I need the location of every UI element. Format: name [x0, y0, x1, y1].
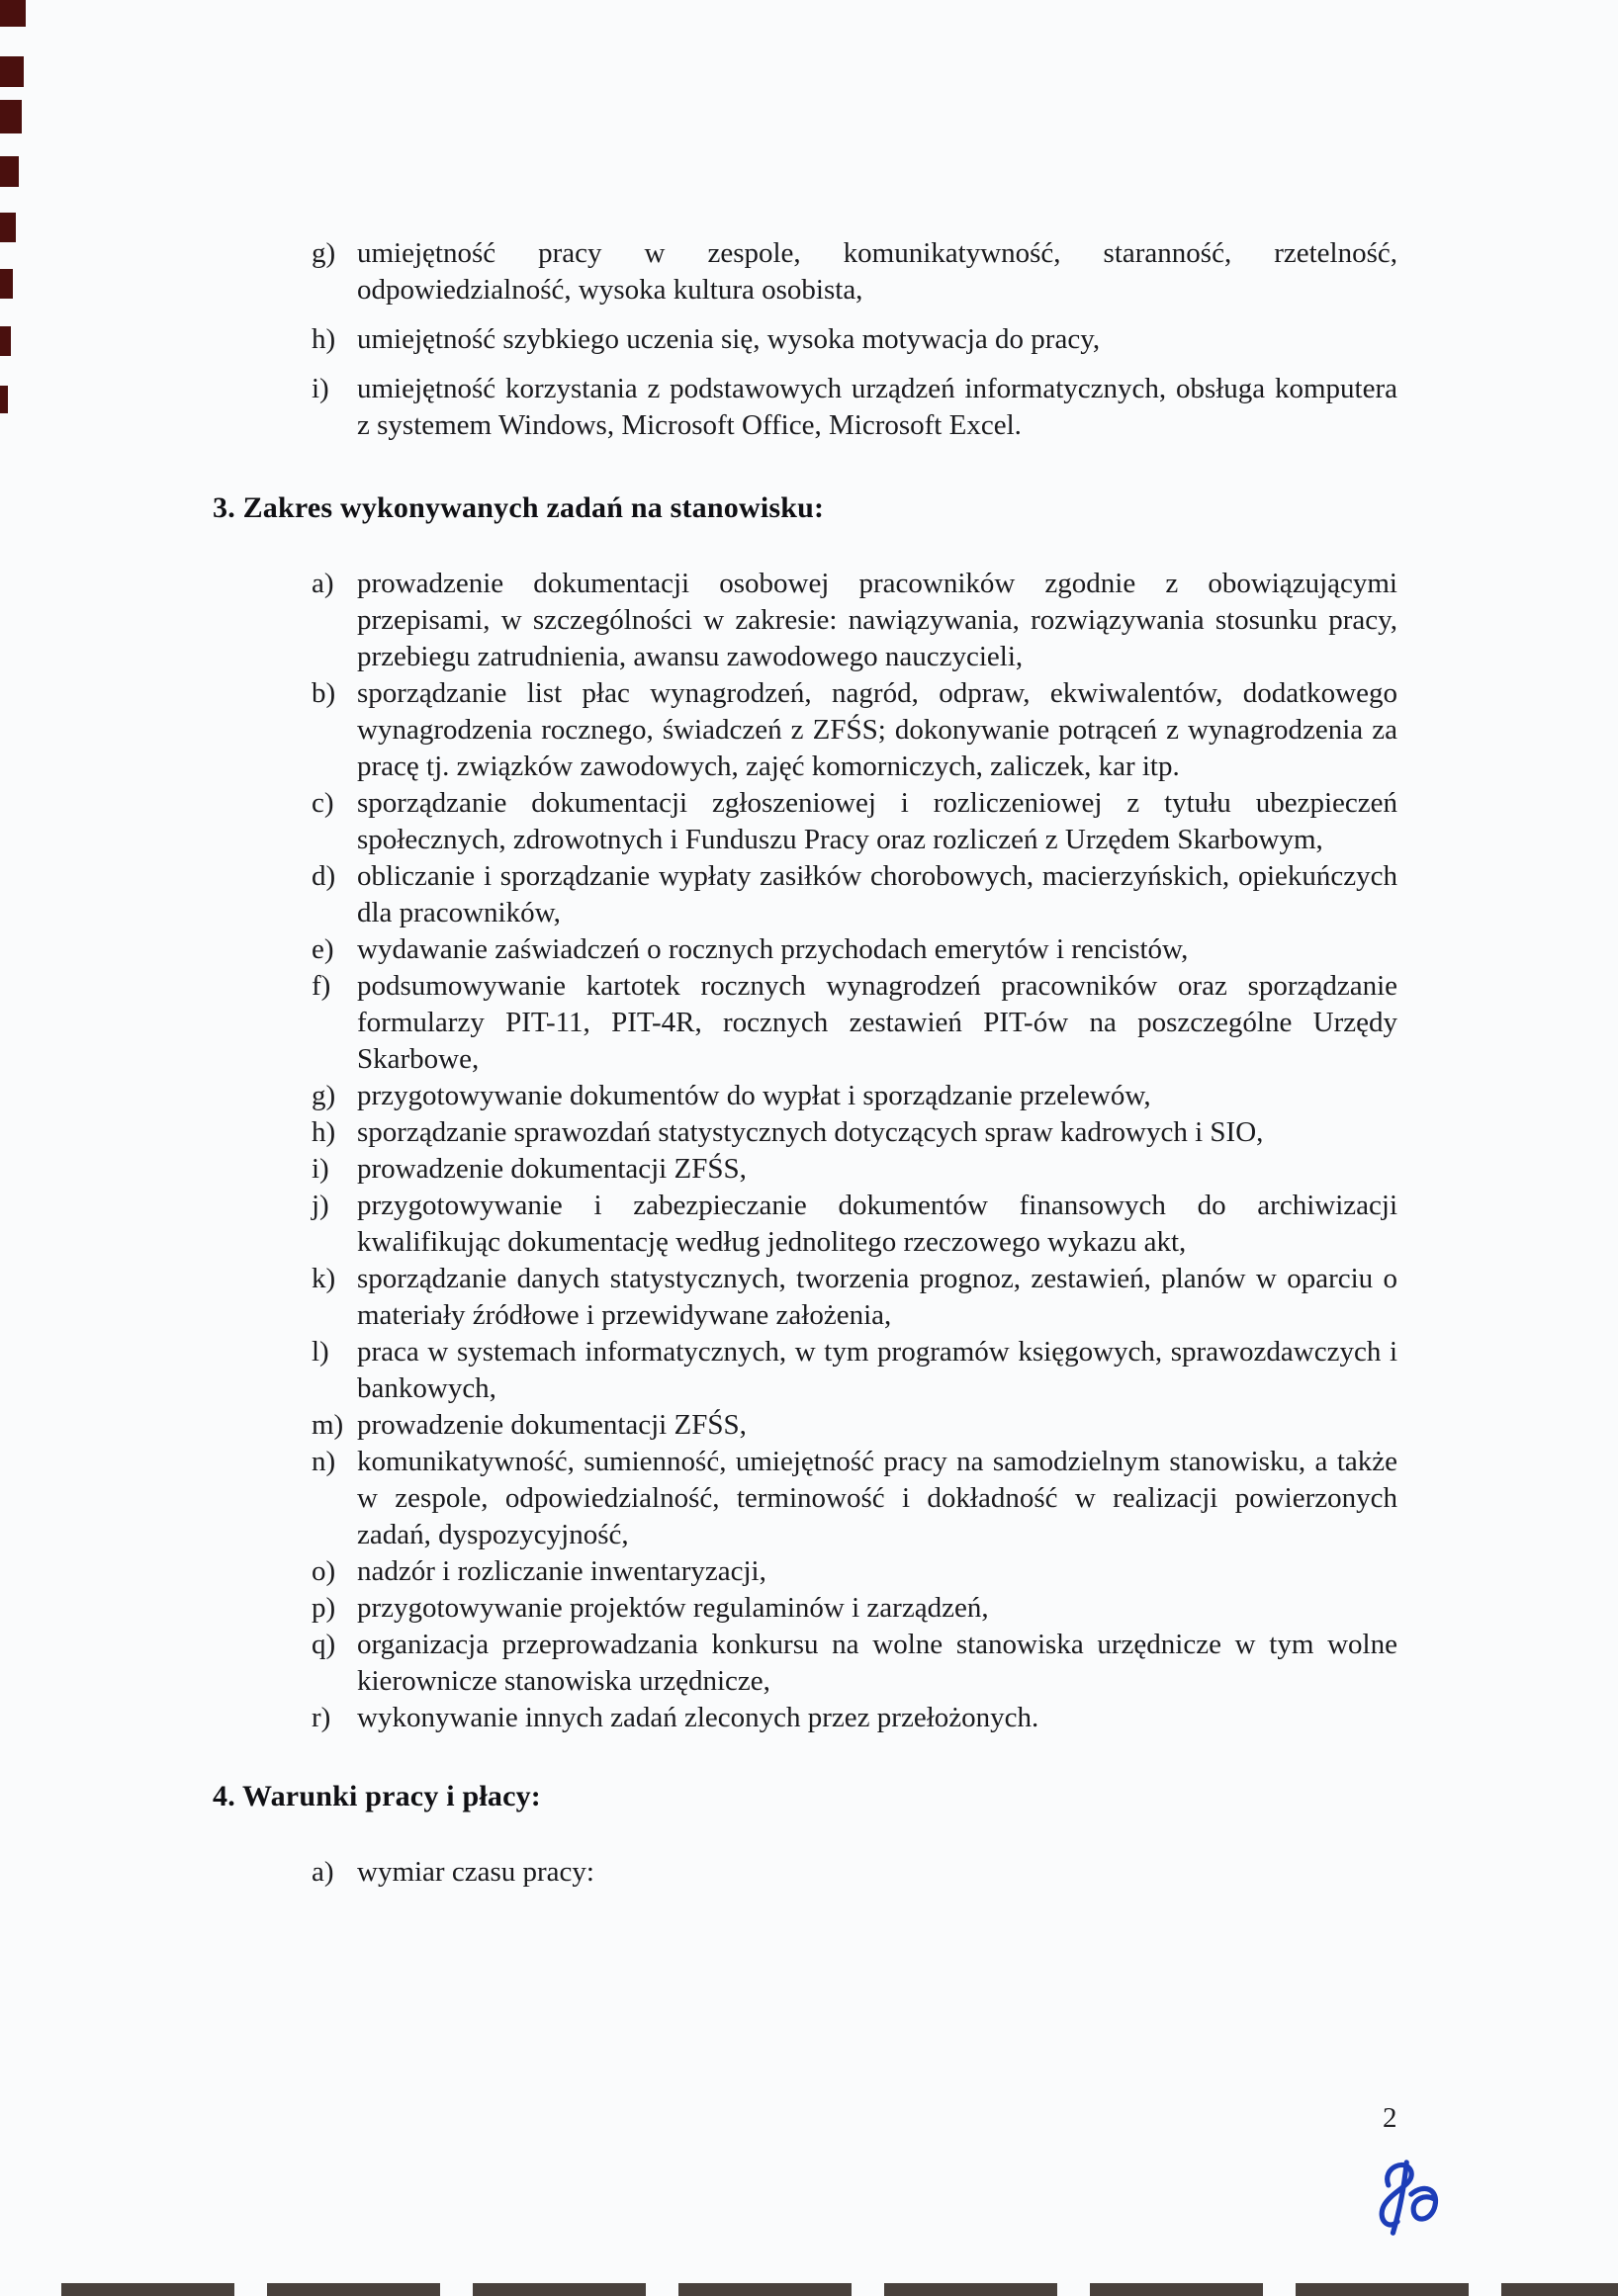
list-item: d) obliczanie i sporządzanie wypłaty zas… — [312, 858, 1397, 931]
list-item-letter: o) — [312, 1553, 357, 1590]
list-item: n) komunikatywność, sumienność, umiejętn… — [312, 1444, 1397, 1553]
list-item-letter: k) — [312, 1261, 357, 1334]
list-item: e) wydawanie zaświadczeń o rocznych przy… — [312, 931, 1397, 968]
scan-edge-artifact — [0, 56, 24, 87]
list-item-letter: m) — [312, 1407, 357, 1444]
list-item-letter: d) — [312, 858, 357, 931]
list-item: i) umiejętność korzystania z podstawowyc… — [312, 371, 1397, 444]
list-item-text: wydawanie zaświadczeń o rocznych przycho… — [357, 931, 1397, 968]
list-item-letter: b) — [312, 675, 357, 785]
list-item-text: przygotowywanie projektów regulaminów i … — [357, 1590, 1397, 1627]
page-number: 2 — [1383, 2102, 1397, 2135]
list-item: m) prowadzenie dokumentacji ZFŚS, — [312, 1407, 1397, 1444]
list-item-text: wykonywanie innych zadań zleconych przez… — [357, 1700, 1397, 1736]
list-item-letter: a) — [312, 566, 357, 675]
tasks-list: a) prowadzenie dokumentacji osobowej pra… — [213, 566, 1397, 1736]
list-item-letter: l) — [312, 1334, 357, 1407]
scan-edge-artifact — [0, 326, 11, 356]
list-item-letter: f) — [312, 968, 357, 1078]
list-item-text: nadzór i rozliczanie inwentaryzacji, — [357, 1553, 1397, 1590]
list-item-text: sporządzanie list płac wynagrodzeń, nagr… — [357, 675, 1397, 785]
list-item: a) wymiar czasu pracy: — [312, 1854, 1397, 1891]
list-item-text: komunikatywność, sumienność, umiejętność… — [357, 1444, 1397, 1553]
list-item-text: praca w systemach informatycznych, w tym… — [357, 1334, 1397, 1407]
list-item-text: umiejętność szybkiego uczenia się, wysok… — [357, 321, 1397, 358]
list-item-text: umiejętność pracy w zespole, komunikatyw… — [357, 235, 1397, 309]
document-body: g) umiejętność pracy w zespole, komunika… — [213, 235, 1397, 1891]
list-item-letter: h) — [312, 1114, 357, 1151]
section4-heading: 4. Warunki pracy i płacy: — [213, 1778, 1397, 1814]
list-item-letter: i) — [312, 1151, 357, 1188]
handwritten-initials-signature — [1371, 2156, 1454, 2247]
list-item-letter: r) — [312, 1700, 357, 1736]
signature-stroke — [1411, 2188, 1436, 2219]
requirements-list: g) umiejętność pracy w zespole, komunika… — [213, 235, 1397, 444]
list-item: a) prowadzenie dokumentacji osobowej pra… — [312, 566, 1397, 675]
list-item-text: obliczanie i sporządzanie wypłaty zasiłk… — [357, 858, 1397, 931]
scanned-document-page: g) umiejętność pracy w zespole, komunika… — [0, 0, 1618, 2296]
list-item: o) nadzór i rozliczanie inwentaryzacji, — [312, 1553, 1397, 1590]
list-item: b) sporządzanie list płac wynagrodzeń, n… — [312, 675, 1397, 785]
list-item-text: sporządzanie dokumentacji zgłoszeniowej … — [357, 785, 1397, 858]
scan-edge-artifact — [0, 0, 26, 27]
list-item-letter: i) — [312, 371, 357, 444]
list-item-letter: a) — [312, 1854, 357, 1891]
list-item: q) organizacja przeprowadzania konkursu … — [312, 1627, 1397, 1700]
list-item-letter: n) — [312, 1444, 357, 1553]
list-item-text: sporządzanie sprawozdań statystycznych d… — [357, 1114, 1397, 1151]
scan-edge-artifact — [0, 269, 13, 299]
list-item-text: sporządzanie danych statystycznych, twor… — [357, 1261, 1397, 1334]
scan-edge-artifact — [0, 213, 16, 242]
list-item-text: podsumowywanie kartotek rocznych wynagro… — [357, 968, 1397, 1078]
list-item-letter: j) — [312, 1188, 357, 1261]
list-item-text: prowadzenie dokumentacji osobowej pracow… — [357, 566, 1397, 675]
list-item-letter: g) — [312, 1078, 357, 1114]
work-conditions-list: a) wymiar czasu pracy: — [213, 1854, 1397, 1891]
list-item-text: przygotowywanie i zabezpieczanie dokumen… — [357, 1188, 1397, 1261]
list-item: g) umiejętność pracy w zespole, komunika… — [312, 235, 1397, 309]
list-item: k) sporządzanie danych statystycznych, t… — [312, 1261, 1397, 1334]
list-item: p) przygotowywanie projektów regulaminów… — [312, 1590, 1397, 1627]
list-item: g) przygotowywanie dokumentów do wypłat … — [312, 1078, 1397, 1114]
list-item: i) prowadzenie dokumentacji ZFŚS, — [312, 1151, 1397, 1188]
list-item-letter: h) — [312, 321, 357, 358]
list-item: h) sporządzanie sprawozdań statystycznyc… — [312, 1114, 1397, 1151]
section3-heading: 3. Zakres wykonywanych zadań na stanowis… — [213, 489, 1397, 526]
list-item-letter: p) — [312, 1590, 357, 1627]
scan-edge-artifact — [0, 386, 8, 413]
list-item-letter: e) — [312, 931, 357, 968]
list-item-text: przygotowywanie dokumentów do wypłat i s… — [357, 1078, 1397, 1114]
scan-edge-artifact — [0, 156, 19, 187]
list-item-letter: c) — [312, 785, 357, 858]
list-item: f) podsumowywanie kartotek rocznych wyna… — [312, 968, 1397, 1078]
list-item: l) praca w systemach informatycznych, w … — [312, 1334, 1397, 1407]
list-item: c) sporządzanie dokumentacji zgłoszeniow… — [312, 785, 1397, 858]
list-item: h) umiejętność szybkiego uczenia się, wy… — [312, 321, 1397, 358]
list-item-text: organizacja przeprowadzania konkursu na … — [357, 1627, 1397, 1700]
list-item-letter: q) — [312, 1627, 357, 1700]
list-item-text: prowadzenie dokumentacji ZFŚS, — [357, 1407, 1397, 1444]
list-item: j) przygotowywanie i zabezpieczanie doku… — [312, 1188, 1397, 1261]
scan-edge-artifact — [0, 100, 22, 133]
scan-bottom-edge-artifact — [61, 2283, 1618, 2296]
list-item-text: wymiar czasu pracy: — [357, 1854, 1397, 1891]
list-item-text: prowadzenie dokumentacji ZFŚS, — [357, 1151, 1397, 1188]
list-item-letter: g) — [312, 235, 357, 309]
list-item: r) wykonywanie innych zadań zleconych pr… — [312, 1700, 1397, 1736]
list-item-text: umiejętność korzystania z podstawowych u… — [357, 371, 1397, 444]
